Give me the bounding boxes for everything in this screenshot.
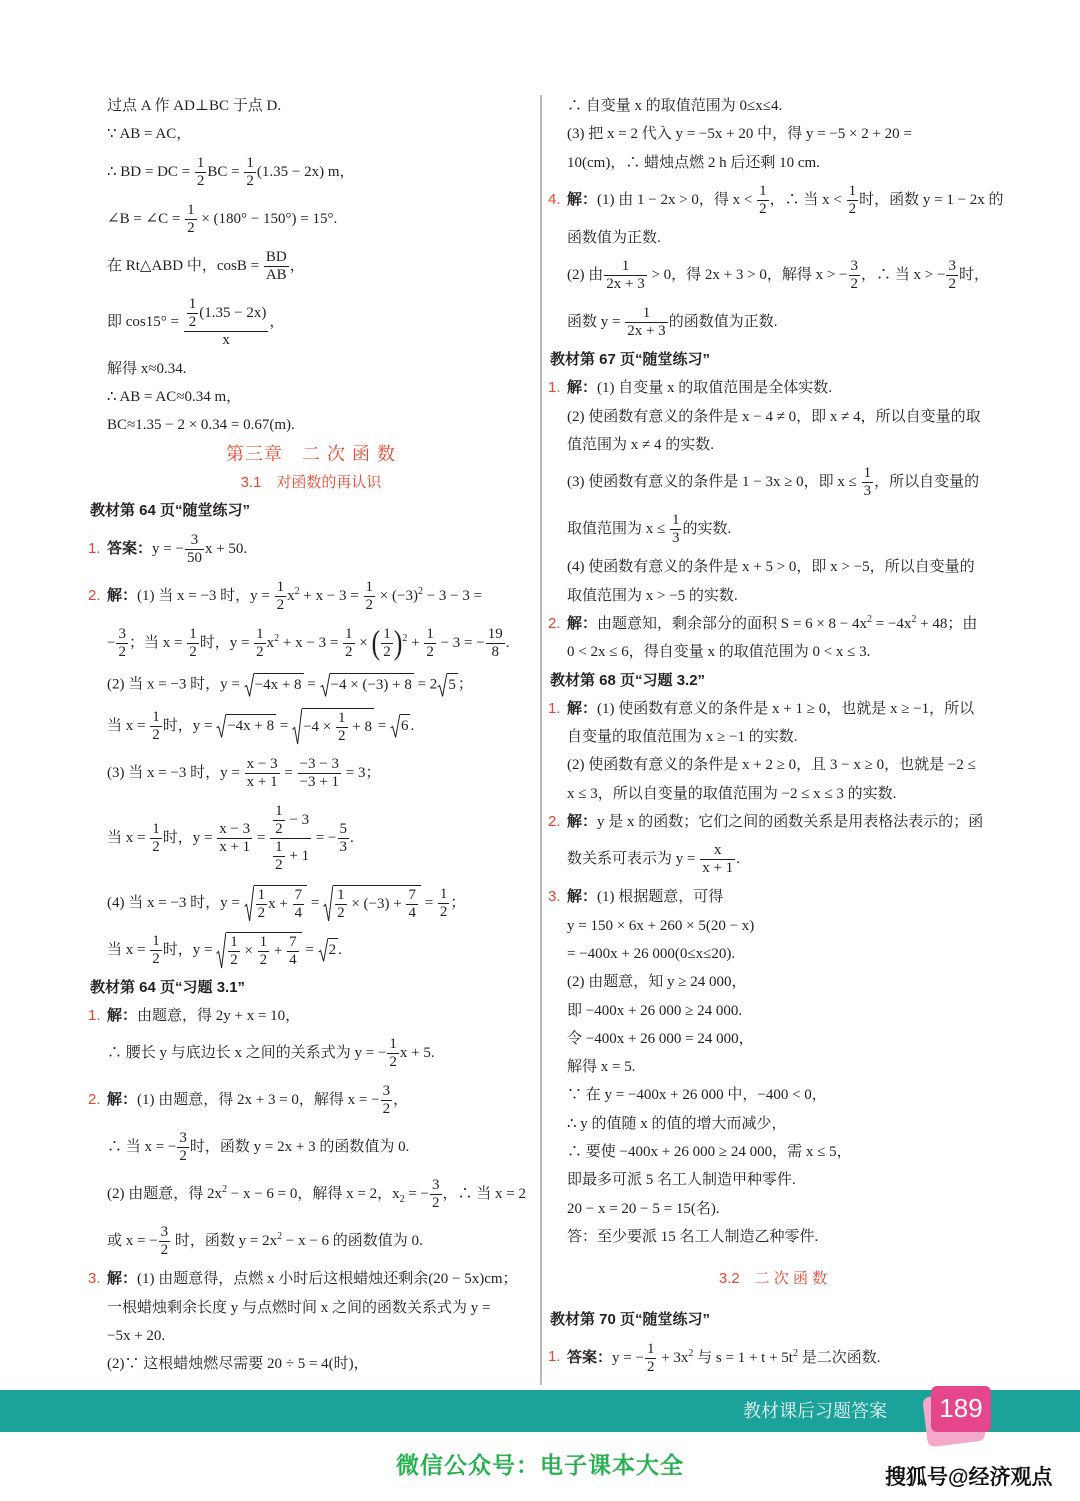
text-run: (3) 把 x = 2 代入 y = −5x + 20 中，得 y = −5 ×… — [567, 126, 912, 142]
answer-item: 1.答案：y = −12 + 3x2 与 s = 1 + t + 5t2 是二次… — [548, 1335, 998, 1382]
answer-line: 当 x = 12时，y = x − 3x + 1 = 12 − 312 + 1 … — [88, 797, 534, 880]
text-run: ∴ AB = AC≈0.34 m， — [107, 389, 241, 405]
text-run: 3 — [432, 1177, 440, 1193]
fraction-denominator: 2 — [381, 644, 393, 661]
fraction-denominator: 2 — [187, 644, 199, 661]
text-run: 2 — [258, 905, 266, 921]
fraction: BDAB — [263, 243, 290, 290]
text-run: (1.35 − 2x) — [199, 305, 266, 321]
answer-item: 4.解：(1) 由 1 − 2x > 0，得 x < 12，∴ 当 x < 12… — [548, 177, 998, 224]
fraction: 32 — [158, 1218, 172, 1265]
fraction-numerator: 1 — [256, 887, 268, 905]
radical-sign-icon — [323, 885, 333, 922]
text-run: 2x + 3 — [627, 323, 665, 339]
radicand: −4 × 12 + 8 — [302, 708, 374, 745]
text-run: 一根蜡烛剩余长度 y 与点燃时间 x 之间的函数关系式为 y = — [107, 1300, 490, 1316]
text-run: = — [281, 765, 297, 781]
fraction: 32 — [429, 1171, 443, 1218]
text-run: BD — [266, 249, 287, 265]
fraction-numerator: 1 — [275, 579, 287, 597]
answer-line: ∴ 要使 −400x + 26 000 ≥ 24 000，需 x ≤ 5， — [548, 1138, 998, 1166]
answer-label: 解： — [567, 700, 597, 717]
fraction-numerator: 1 — [258, 934, 270, 952]
text-run: x + 50. — [205, 541, 247, 557]
square-root: −4 × 12 + 8 — [292, 705, 374, 748]
text-run: x — [222, 332, 230, 348]
text-run: 2 — [851, 276, 859, 292]
fraction: 12 — [186, 620, 200, 667]
text-run: 当 x = — [107, 718, 149, 734]
fraction-numerator: x − 3 — [217, 821, 252, 839]
text-run: 取值范围为 x ≤ — [567, 521, 669, 537]
answer-line: 10(cm)，∴ 蜡烛点燃 2 h 后还剩 10 cm. — [548, 149, 998, 177]
text-run: 4 — [295, 905, 303, 921]
fraction-denominator: 2 — [336, 728, 348, 745]
fraction-numerator: 1 — [336, 710, 348, 728]
text-run: ； — [450, 895, 465, 911]
answer-line: 在 Rt△ABD 中，cosB = BDAB， — [88, 243, 534, 290]
fraction-numerator: 7 — [293, 887, 305, 905]
text-run: − 3 − 3 = — [423, 588, 482, 604]
answer-line: (4) 使函数有意义的条件是 x + 5 > 0，即 x > −5，所以自变量的 — [548, 553, 998, 581]
text-run: × (−3) — [376, 588, 418, 604]
text-run: − 3 — [286, 812, 309, 828]
text-run: ∴ 自变量 x 的取值范围为 0≤x≤4. — [567, 98, 782, 114]
text-run: = −400x + 26 000(0≤x≤20). — [567, 946, 735, 962]
text-run: 2 — [366, 597, 374, 613]
fraction: 12x + 3 — [603, 252, 647, 299]
fraction-denominator: 2 — [273, 857, 285, 874]
text-run: (3) 当 x = −3 时，y = — [107, 765, 244, 781]
text-run: 值范围为 x ≠ 4 的实数. — [567, 437, 714, 453]
text-run: 3 — [672, 530, 680, 546]
text-run: 1 — [275, 803, 283, 819]
text-run: 2 — [849, 201, 857, 217]
fraction-denominator: 8 — [486, 644, 505, 661]
fraction-numerator: BD — [264, 249, 289, 267]
text-run: ；当 x = — [129, 635, 186, 651]
text-run: x + — [268, 896, 291, 912]
fraction-numerator: 3 — [849, 258, 861, 276]
text-run: ，∴ 当 x = 2 — [443, 1186, 526, 1202]
text-run: 1 — [187, 202, 195, 218]
fraction-numerator: 1 — [150, 709, 162, 727]
text-run: y 是 x 的函数；它们之间的函数关系是用表格法表示的；函 — [597, 814, 983, 830]
square-root: 2 — [318, 932, 339, 968]
text-run: 2 — [275, 821, 283, 837]
radical-sign-icon — [437, 673, 447, 697]
radical-sign-icon — [320, 673, 330, 697]
text-run: ∴ y 的值随 x 的值的增大而减少， — [567, 1116, 787, 1132]
radical-sign-icon — [292, 708, 302, 745]
answer-line: (2) 由12x + 3 > 0，得 2x + 3 > 0，解得 x > −32… — [548, 252, 998, 299]
fraction-numerator: 12(1.35 − 2x) — [184, 296, 269, 332]
fraction: 12 — [194, 149, 208, 196]
text-run: AB — [266, 267, 287, 283]
fraction: xx + 1 — [699, 836, 736, 883]
text-run: −4 × — [303, 719, 335, 735]
fraction: 12 — [184, 196, 198, 243]
text-run: 与 s = 1 + t + 5t — [693, 1349, 793, 1365]
fraction-denominator: 3 — [338, 839, 350, 856]
text-run: − 3 = − — [437, 635, 485, 651]
text-run: (2) 由 — [567, 267, 603, 283]
text-run: 1 — [189, 626, 197, 642]
text-run: ； — [458, 676, 473, 692]
text-run: 20 − x = 20 − 5 = 15(名). — [567, 1201, 720, 1217]
item-number: 2. — [88, 1086, 107, 1114]
fraction-denominator: 2 — [946, 276, 958, 293]
text-run: 时， — [959, 267, 989, 283]
fraction: 12 — [437, 880, 451, 927]
text-run: = — [304, 676, 320, 692]
item-number: 2. — [88, 582, 107, 610]
text-run: 令 −400x + 26 000 = 24 000， — [567, 1031, 754, 1047]
text-run: + 3x — [657, 1349, 688, 1365]
paren-body: 12 — [380, 626, 394, 661]
text-run: 0 < 2x ≤ 6，得自变量 x 的取值范围为 0 < x ≤ 3. — [567, 644, 870, 660]
text-run: 在 Rt△ABD 中，cosB = — [107, 258, 263, 274]
text-run: 解得 x≈0.34. — [107, 361, 186, 377]
text-run: 50 — [187, 550, 202, 566]
answer-line: 或 x = −32 时，函数 y = 2x2 − x − 6 的函数值为 0. — [88, 1218, 534, 1265]
answer-line: 过点 A 作 AD⊥BC 于点 D. — [88, 92, 534, 120]
text-run: 由题意，得 2y + x = 10， — [137, 1008, 300, 1024]
text-run: (2) 使函数有意义的条件是 x + 2 ≥ 0，且 3 − x ≥ 0，也就是… — [567, 757, 976, 773]
fraction-denominator: 2 — [438, 904, 450, 921]
fraction: 32 — [176, 1124, 190, 1171]
fraction: 12(1.35 − 2x)x — [183, 290, 270, 355]
text-run: 2 — [179, 1148, 187, 1164]
text-run: 3 — [864, 483, 872, 499]
fraction: 32 — [848, 252, 862, 299]
text-run: 数关系可表示为 y = — [567, 851, 699, 867]
answer-line: 函数 y = 12x + 3的函数值为正数. — [548, 299, 998, 346]
fraction-denominator: 2 — [757, 201, 769, 218]
fraction-numerator: x — [700, 842, 735, 860]
fraction: 12 — [756, 177, 770, 224]
fraction: 12 — [363, 573, 377, 620]
answer-line: (4) 当 x = −3 时，y = 12x + 74 = 12 × (−3) … — [88, 880, 534, 927]
answer-line: 自变量的取值范围为 x ≥ −1 的实数. — [548, 723, 998, 751]
answer-line: ∴ AB = AC≈0.34 m， — [88, 383, 534, 411]
text-run: × (180° − 150°) = 15°. — [198, 211, 338, 227]
item-number: 1. — [548, 1343, 567, 1371]
text-run: 1 — [440, 886, 448, 902]
fraction-numerator: 5 — [338, 821, 350, 839]
text-run: 3 — [948, 258, 956, 274]
text-run: 1 — [345, 626, 353, 642]
item-number: 1. — [548, 374, 567, 402]
fraction-denominator: 3 — [670, 530, 682, 547]
item-number: 1. — [88, 535, 107, 563]
text-run: ，∴ 当 x > − — [861, 267, 945, 283]
text-run: + 48；由 — [916, 616, 977, 632]
text-run: + — [270, 943, 286, 959]
text-run: 由题意知，剩余部分的面积 S = 6 × 8 − 4x — [597, 616, 867, 632]
text-run: (2) 由题意，知 y ≥ 24 000， — [567, 974, 746, 990]
fraction-denominator: 2 — [273, 821, 285, 838]
answer-item: 2.解：y 是 x 的函数；它们之间的函数关系是用表格法表示的；函 — [548, 808, 998, 836]
text-run: 1 — [152, 709, 160, 725]
answer-line: BC≈1.35 − 2 × 0.34 = 0.67(m). — [88, 411, 534, 439]
text-run: 5 — [448, 677, 456, 693]
square-root: 5 — [437, 667, 458, 703]
fraction: 12x + 3 — [624, 299, 668, 346]
answer-line: (3) 当 x = −3 时，y = x − 3x + 1 = −3 − 3−3… — [88, 750, 534, 797]
fraction: 12 — [335, 710, 349, 745]
fraction-denominator: 2 — [430, 1195, 442, 1212]
answer-line: 0 < 2x ≤ 6，得自变量 x 的取值范围为 0 < x ≤ 3. — [548, 638, 998, 666]
text-run: 2 — [189, 314, 197, 330]
answer-line: ∵ AB = AC， — [88, 120, 534, 148]
answer-label: 解： — [107, 587, 137, 604]
answer-line: ∴ y 的值随 x 的值的增大而减少， — [548, 1110, 998, 1138]
fraction-denominator: 2 — [381, 1101, 393, 1118]
text-run: 1 — [759, 183, 767, 199]
text-run: 2 — [277, 597, 285, 613]
text-run: 3 — [340, 839, 348, 855]
text-run: BC≈1.35 − 2 × 0.34 = 0.67(m). — [107, 417, 295, 433]
text-run: y = − — [612, 1349, 644, 1365]
fraction-denominator: 2 — [150, 951, 162, 968]
text-run: 时，函数 y = 2x + 3 的函数值为 0. — [190, 1139, 409, 1155]
fraction-numerator: 1 — [150, 933, 162, 951]
fraction: 12 — [186, 296, 200, 331]
answer-item: 1.解：由题意，得 2y + x = 10， — [88, 1002, 534, 1030]
square-root: −4 × (−3) + 8 — [320, 667, 414, 703]
fraction-denominator: 2 — [177, 1148, 189, 1165]
page-number: 189 — [939, 1393, 982, 1423]
text-run: 时，y = — [200, 635, 253, 651]
text-run: = 2 — [414, 676, 437, 692]
answer-line: 取值范围为 x ≤ 13的实数. — [548, 506, 998, 553]
fraction: 12 — [272, 839, 286, 874]
answer-line: (2) 当 x = −3 时，y = −4x + 8 = −4 × (−3) +… — [88, 667, 534, 703]
text-run: 2 — [345, 644, 353, 660]
text-run: x − 3 — [219, 821, 250, 837]
text-run: 2 — [246, 173, 254, 189]
answer-line: −32；当 x = 12时，y = 12x2 + x − 3 = 12 × (1… — [88, 620, 534, 667]
text-run: 即 −400x + 26 000 ≥ 24 000. — [567, 1003, 742, 1019]
text-run: 2 — [647, 1359, 655, 1375]
fraction-numerator: 1 — [387, 1036, 399, 1054]
text-run: (2) 当 x = −3 时，y = — [107, 676, 244, 692]
footer-title: 教材课后习题答案 — [743, 1390, 887, 1432]
text-run: . — [350, 830, 354, 846]
fraction-denominator: x + 1 — [217, 839, 252, 856]
text-run: = − — [405, 1186, 429, 1202]
text-run: 3 — [161, 1224, 169, 1240]
text-run: − x − 6 = 0，解得 x = 2，x — [227, 1186, 400, 1202]
text-run: y = − — [152, 541, 184, 557]
exercise-heading: 教材第 68 页“习题 3.2” — [548, 667, 998, 695]
answer-line: 函数值为正数. — [548, 224, 998, 252]
text-run: 2 — [383, 644, 391, 660]
answer-label: 解： — [567, 191, 597, 208]
fraction-denominator: 2 — [275, 597, 287, 614]
fraction-denominator: 2 — [645, 1359, 657, 1376]
text-run: 3 — [118, 626, 126, 642]
text-run: 过点 A 作 AD⊥BC 于点 D. — [107, 98, 281, 114]
right-column: ∴ 自变量 x 的取值范围为 0≤x≤4.(3) 把 x = 2 代入 y = … — [548, 92, 998, 1382]
answer-item: 2.解：(1) 当 x = −3 时，y = 12x2 + x − 3 = 12… — [88, 573, 534, 620]
square-root: 12 × (−3) + 74 — [323, 882, 421, 925]
text-run: 取值范围为 x > −5 的实数. — [567, 588, 738, 604]
answer-line: ∠B = ∠C = 12 × (180° − 150°) = 15°. — [88, 196, 534, 243]
fraction-denominator: 2 — [254, 644, 266, 661]
text-run: 时，函数 y = 2x — [171, 1233, 277, 1249]
text-run: 2 — [338, 728, 346, 744]
text-run: 解得 x = 5. — [567, 1059, 635, 1075]
text-run: ，∴ 当 x < — [770, 192, 846, 208]
text-run: 1 — [258, 887, 266, 903]
answer-label: 答案： — [107, 540, 152, 557]
text-run: 2 — [197, 173, 205, 189]
answer-label: 解： — [567, 813, 597, 830]
fraction: 12 — [644, 1335, 658, 1382]
text-run: 时，y = — [163, 830, 216, 846]
answer-item: 1.解：(1) 使函数有意义的条件是 x + 1 ≥ 0，也就是 x ≥ −1，… — [548, 695, 998, 723]
text-run: (1) 自变量 x 的取值范围是全体实数. — [597, 380, 832, 396]
fraction-numerator: 1 — [254, 626, 266, 644]
text-run: (1) 由题意得，点燃 x 小时后这根蜡烛还剩余(20 − 5x)cm； — [137, 1271, 518, 1287]
text-run: ， — [269, 314, 284, 330]
answer-line: y = 150 × 6x + 260 × 5(20 − x) — [548, 912, 998, 940]
text-run: . — [736, 851, 740, 867]
text-run: 2 — [440, 904, 448, 920]
answer-item: 2.解：由题意知，剩余部分的面积 S = 6 × 8 − 4x2 = −4x2 … — [548, 610, 998, 638]
exercise-heading: 教材第 67 页“随堂练习” — [548, 346, 998, 374]
text-run: 10(cm)，∴ 蜡烛点燃 2 h 后还剩 10 cm. — [567, 155, 820, 171]
answer-line: ∵ 在 y = −400x + 26 000 中，−400 < 0， — [548, 1081, 998, 1109]
chapter-title: 第三章 二 次 函 数 — [88, 439, 534, 469]
fraction-numerator: x − 3 — [245, 756, 280, 774]
text-run: 1 — [647, 1341, 655, 1357]
text-run: + — [407, 635, 423, 651]
answer-line: ∴ 自变量 x 的取值范围为 0≤x≤4. — [548, 92, 998, 120]
fraction-denominator: x + 1 — [245, 774, 280, 791]
text-run: ∠B = ∠C = — [107, 211, 184, 227]
fraction: 74 — [292, 887, 306, 922]
text-run: = — [276, 718, 292, 734]
text-run: 2 — [337, 905, 345, 921]
text-run: > 0，得 2x + 3 > 0，解得 x > − — [648, 267, 848, 283]
text-run: 1 — [864, 465, 872, 481]
fraction: 12 — [386, 1030, 400, 1077]
fraction-denominator: 2 — [116, 644, 128, 661]
text-run: 2 — [256, 644, 264, 660]
fraction-denominator: 2 — [258, 952, 270, 969]
fraction: 12 — [243, 149, 257, 196]
fraction: x − 3x + 1 — [244, 750, 281, 797]
radicand: 2 — [328, 938, 339, 962]
text-run: 2 — [189, 644, 197, 660]
radical-sign-icon — [318, 938, 328, 962]
fraction-denominator: 2 — [185, 220, 197, 237]
fraction: 12 — [380, 626, 394, 661]
fraction: x − 3x + 1 — [216, 815, 253, 862]
fraction: 13 — [669, 506, 683, 553]
text-run: 1 — [152, 821, 160, 837]
answer-line: 即 −400x + 26 000 ≥ 24 000. — [548, 997, 998, 1025]
text-run: 1 — [849, 183, 857, 199]
item-number: 1. — [548, 695, 567, 723]
item-number: 4. — [548, 186, 567, 214]
text-run: ∴ 腰长 y 与底边长 x 之间的关系式为 y = − — [107, 1045, 386, 1061]
answer-line: (2) 由题意，得 2x2 − x − 6 = 0，解得 x = 2，x2 = … — [88, 1171, 534, 1218]
text-run: 函数 y = — [567, 314, 624, 330]
text-run: 3 — [383, 1083, 391, 1099]
fraction-numerator: 1 — [187, 296, 199, 314]
text-run: x ≤ 3，所以自变量的取值范围为 −2 ≤ x ≤ 3 的实数. — [567, 786, 896, 802]
text-run: 2 — [432, 1195, 440, 1211]
text-run: × (−3) + — [348, 896, 406, 912]
answer-line: ∴ BD = DC = 12BC = 12(1.35 − 2x) m， — [88, 149, 534, 196]
fraction-numerator: 1 — [670, 512, 682, 530]
radicand: −4x + 8 — [254, 673, 304, 697]
fraction: 12 — [255, 887, 269, 922]
radical-sign-icon — [390, 714, 400, 738]
fraction-numerator: 1 — [150, 821, 162, 839]
fraction-denominator: 50 — [185, 550, 204, 567]
fraction-denominator: 2 — [847, 201, 859, 218]
text-run: 2 — [152, 951, 160, 967]
text-run: = — [374, 718, 390, 734]
fraction-numerator: 1 — [343, 626, 355, 644]
text-run: −3 + 1 — [300, 774, 339, 790]
exercise-heading: 教材第 70 页“随堂练习” — [548, 1306, 998, 1334]
text-run: 2 — [389, 1054, 397, 1070]
fraction: 74 — [286, 934, 300, 969]
fraction-denominator: 12 + 1 — [270, 839, 311, 874]
item-number: 2. — [548, 808, 567, 836]
text-run: 6 — [401, 718, 409, 734]
fraction-denominator: 2 — [849, 276, 861, 293]
text-run: 或 x = − — [107, 1233, 158, 1249]
fraction-numerator: 1 — [604, 258, 646, 276]
text-run: 4 — [408, 905, 416, 921]
fraction: 13 — [861, 459, 875, 506]
text-run: ∵ AB = AC， — [107, 126, 191, 142]
text-run: . — [338, 942, 342, 958]
fraction: 53 — [337, 815, 351, 862]
radical-sign-icon — [244, 885, 254, 922]
fraction-numerator: 19 — [486, 626, 505, 644]
text-run: 时，y = — [163, 942, 216, 958]
answer-item: 1.解：(1) 自变量 x 的取值范围是全体实数. — [548, 374, 998, 402]
text-run: (3) 使函数有意义的条件是 1 − 3x ≥ 0，即 x ≤ — [567, 474, 861, 490]
item-number: 1. — [88, 1002, 107, 1030]
fraction: 74 — [405, 887, 419, 922]
text-run: 19 — [488, 626, 503, 642]
text-run: 2 — [383, 1101, 391, 1117]
fraction-numerator: 1 — [381, 626, 393, 644]
text-run: 2 — [275, 857, 283, 873]
square-root: 12 × 12 + 74 — [216, 929, 301, 972]
fraction: 12 — [423, 620, 437, 667]
fraction: 32 — [115, 620, 129, 667]
text-run: = −4x — [872, 616, 911, 632]
fraction-numerator: 1 — [847, 183, 859, 201]
footer-band: 教材课后习题答案 — [0, 1390, 1080, 1432]
text-run: −5x + 20. — [107, 1328, 165, 1344]
fraction-denominator: 2x + 3 — [604, 276, 646, 293]
fraction: −3 − 3−3 + 1 — [297, 750, 342, 797]
text-run: = — [302, 942, 318, 958]
text-run: + 1 — [286, 848, 309, 864]
answer-line: 一根蜡烛剩余长度 y 与点燃时间 x 之间的函数关系式为 y = — [88, 1294, 534, 1322]
